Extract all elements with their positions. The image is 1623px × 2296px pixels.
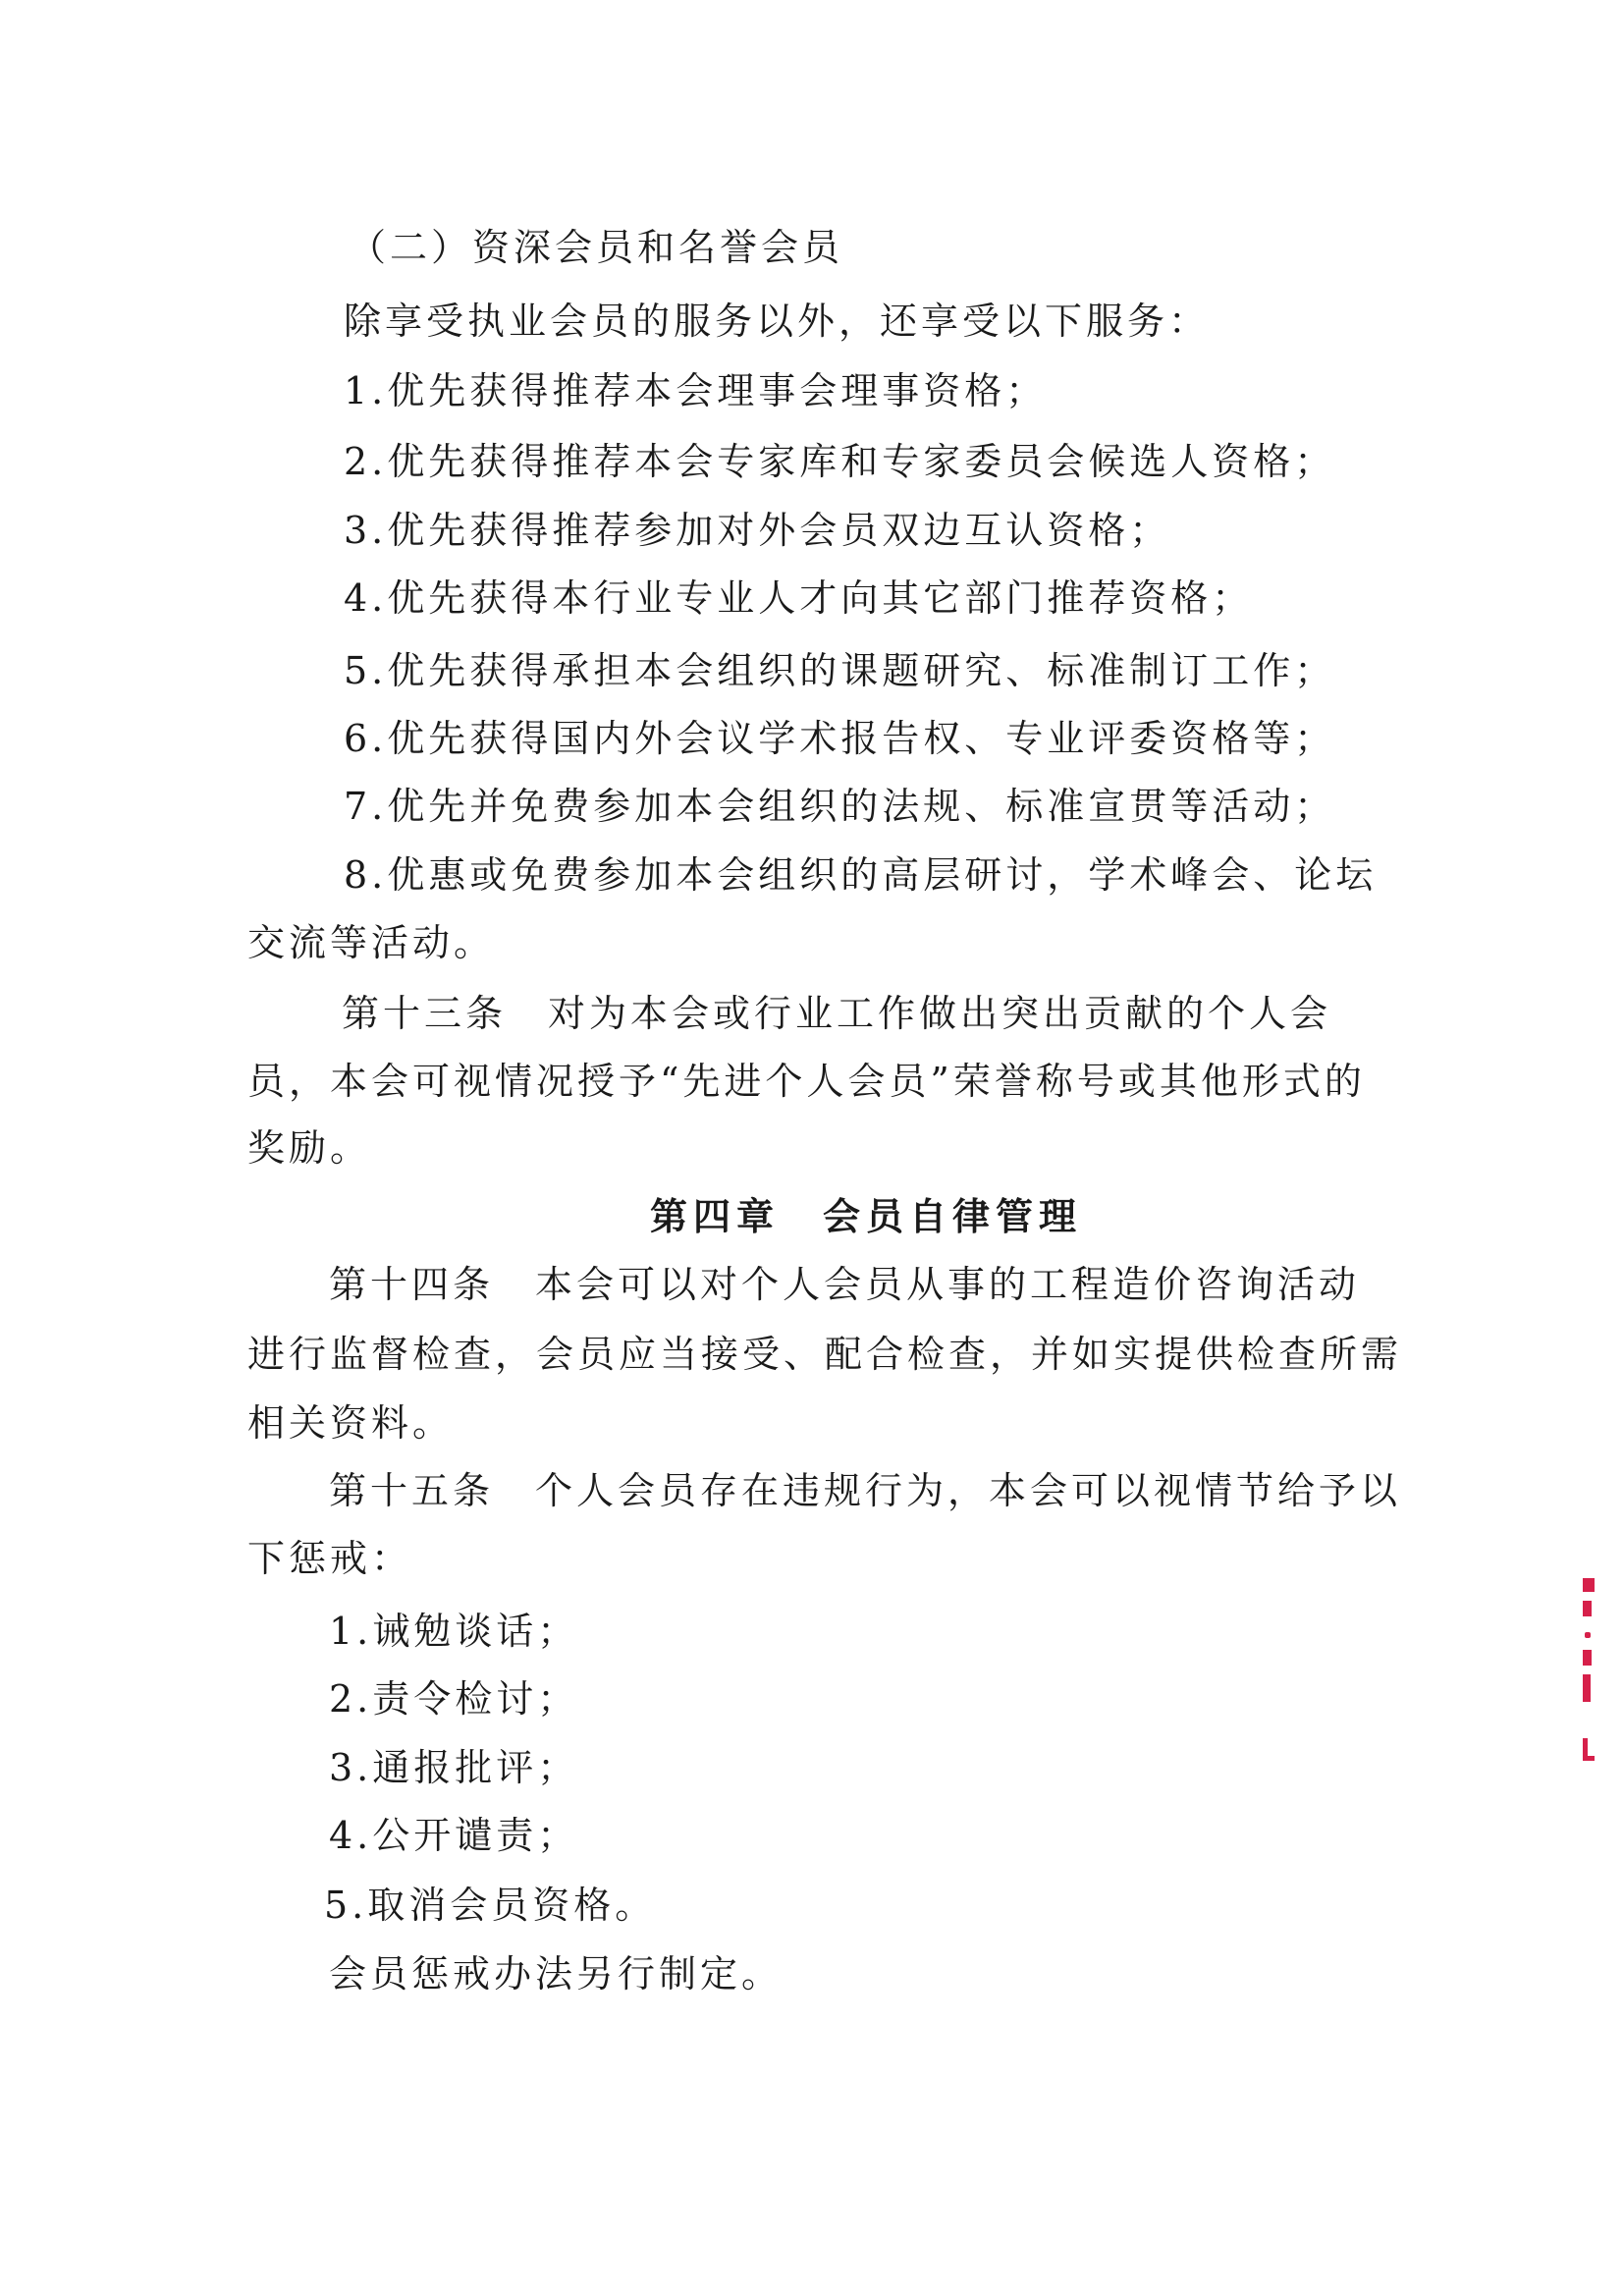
continuation-line: 员，本会可视情况授予“先进个人会员”荣誉称号或其他形式的 <box>247 1060 1366 1103</box>
list-item: 4.公开谴责； <box>329 1814 578 1857</box>
continuation-line: 交流等活动。 <box>247 921 495 964</box>
article-14: 第十四条 本会可以对个人会员从事的工程造价咨询活动 <box>329 1263 1360 1306</box>
list-item: 4.优先获得本行业专业人才向其它部门推荐资格； <box>344 576 1253 620</box>
subsection-title: （二）资深会员和名誉会员 <box>349 226 843 269</box>
continuation-line: 奖励。 <box>247 1126 371 1170</box>
continuation-line: 相关资料。 <box>247 1401 454 1445</box>
list-item: 5.取消会员资格。 <box>324 1884 656 1927</box>
list-item: 7.优先并免费参加本会组织的法规、标准宣贯等活动； <box>344 785 1335 828</box>
list-item: 1.诫勉谈话； <box>329 1610 578 1653</box>
article-15: 第十五条 个人会员存在违规行为，本会可以视情节给予以 <box>329 1469 1401 1512</box>
list-item: 1.优先获得推荐本会理事会理事资格； <box>344 369 1047 412</box>
chapter-heading: 第四章 会员自律管理 <box>650 1195 1082 1238</box>
paragraph: 除享受执业会员的服务以外，还享受以下服务： <box>344 300 1210 343</box>
list-item: 3.通报批评； <box>329 1746 578 1789</box>
article-13: 第十三条 对为本会或行业工作做出突出贡献的个人会 <box>342 992 1331 1035</box>
paragraph: 会员惩戒办法另行制定。 <box>329 1952 783 1995</box>
list-item: 3.优先获得推荐参加对外会员双边互认资格； <box>344 509 1170 552</box>
list-item: 5.优先获得承担本会组织的课题研究、标准制订工作； <box>344 649 1335 692</box>
list-item: 8.优惠或免费参加本会组织的高层研讨，学术峰会、论坛 <box>344 853 1377 897</box>
list-item: 6.优先获得国内外会议学术报告权、专业评委资格等； <box>344 717 1335 760</box>
list-item: 2.优先获得推荐本会专家库和专家委员会候选人资格； <box>344 440 1335 483</box>
continuation-line: 进行监督检查，会员应当接受、配合检查，并如实提供检查所需 <box>247 1333 1402 1376</box>
continuation-line: 下惩戒： <box>247 1537 412 1580</box>
list-item: 2.责令检讨； <box>329 1677 578 1721</box>
